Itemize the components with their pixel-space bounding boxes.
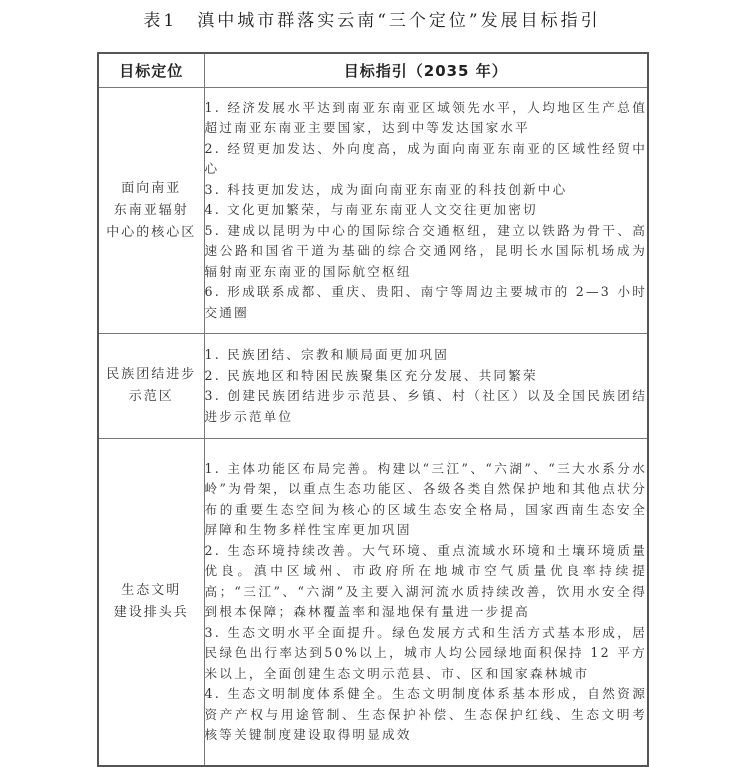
- table-header-row: 目标定位 目标指引（2035 年）: [98, 53, 648, 88]
- goal-item: 3. 生态文明水平全面提升。绿色发展方式和生活方式基本形成，居民绿色出行率达到5…: [205, 623, 648, 685]
- goal-item: 6. 形成联系成都、重庆、贵阳、南宁等周边主要城市的 2—3 小时交通圈: [205, 282, 648, 323]
- position-line: 建设排头兵: [99, 602, 204, 624]
- goals-table: 目标定位 目标指引（2035 年） 面向南亚 东南亚辐射 中心的核心区 1. 经…: [97, 52, 649, 767]
- goals-cell: 1. 经济发展水平达到南亚东南亚区域领先水平，人均地区生产总值超过南亚东南亚主要…: [204, 88, 648, 334]
- header-target-position: 目标定位: [98, 53, 204, 88]
- goals-cell: 1. 主体功能区布局完善。构建以“三江”、“六湖”、“三大水系分水岭”为骨架，以…: [204, 439, 648, 767]
- goal-item: 1. 主体功能区布局完善。构建以“三江”、“六湖”、“三大水系分水岭”为骨架，以…: [205, 459, 648, 541]
- table-caption: 表1 滇中城市群落实云南“三个定位”发展目标指引: [0, 6, 744, 31]
- position-cell: 生态文明 建设排头兵: [98, 439, 204, 767]
- goal-item: 4. 生态文明制度体系健全。生态文明制度体系基本形成，自然资源资产产权与用途管制…: [205, 684, 648, 746]
- position-line: 示范区: [99, 386, 204, 408]
- position-line: 民族团结进步: [99, 364, 204, 386]
- position-cell: 面向南亚 东南亚辐射 中心的核心区: [98, 88, 204, 334]
- header-target-guidance: 目标指引（2035 年）: [204, 53, 648, 88]
- goal-item: 3. 科技更加发达，成为面向南亚东南亚的科技创新中心: [205, 180, 648, 201]
- goal-item: 2. 经贸更加发达、外向度高，成为面向南亚东南亚的区域性经贸中心: [205, 139, 648, 180]
- table-row: 生态文明 建设排头兵 1. 主体功能区布局完善。构建以“三江”、“六湖”、“三大…: [98, 439, 648, 767]
- position-line: 东南亚辐射: [99, 200, 204, 222]
- goal-item: 4. 文化更加繁荣，与南亚东南亚人文交往更加密切: [205, 200, 648, 221]
- goal-item: 1. 民族团结、宗教和顺局面更加巩固: [205, 345, 648, 366]
- goals-cell: 1. 民族团结、宗教和顺局面更加巩固 2. 民族地区和特困民族聚集区充分发展、共…: [204, 334, 648, 439]
- position-cell: 民族团结进步 示范区: [98, 334, 204, 439]
- goal-item: 2. 民族地区和特困民族聚集区充分发展、共同繁荣: [205, 366, 648, 387]
- position-line: 中心的核心区: [99, 222, 204, 244]
- position-line: 生态文明: [99, 580, 204, 602]
- goal-item: 2. 生态环境持续改善。大气环境、重点流域水环境和土壤环境质量优良。滇中区域州、…: [205, 541, 648, 623]
- goal-item: 3. 创建民族团结进步示范县、乡镇、村（社区）以及全国民族团结进步示范单位: [205, 386, 648, 427]
- table-row: 民族团结进步 示范区 1. 民族团结、宗教和顺局面更加巩固 2. 民族地区和特困…: [98, 334, 648, 439]
- goal-item: 5. 建成以昆明为中心的国际综合交通枢纽，建立以铁路为骨干、高速公路和国省干道为…: [205, 221, 648, 283]
- goal-item: 1. 经济发展水平达到南亚东南亚区域领先水平，人均地区生产总值超过南亚东南亚主要…: [205, 98, 648, 139]
- position-line: 面向南亚: [99, 178, 204, 200]
- table-row: 面向南亚 东南亚辐射 中心的核心区 1. 经济发展水平达到南亚东南亚区域领先水平…: [98, 88, 648, 334]
